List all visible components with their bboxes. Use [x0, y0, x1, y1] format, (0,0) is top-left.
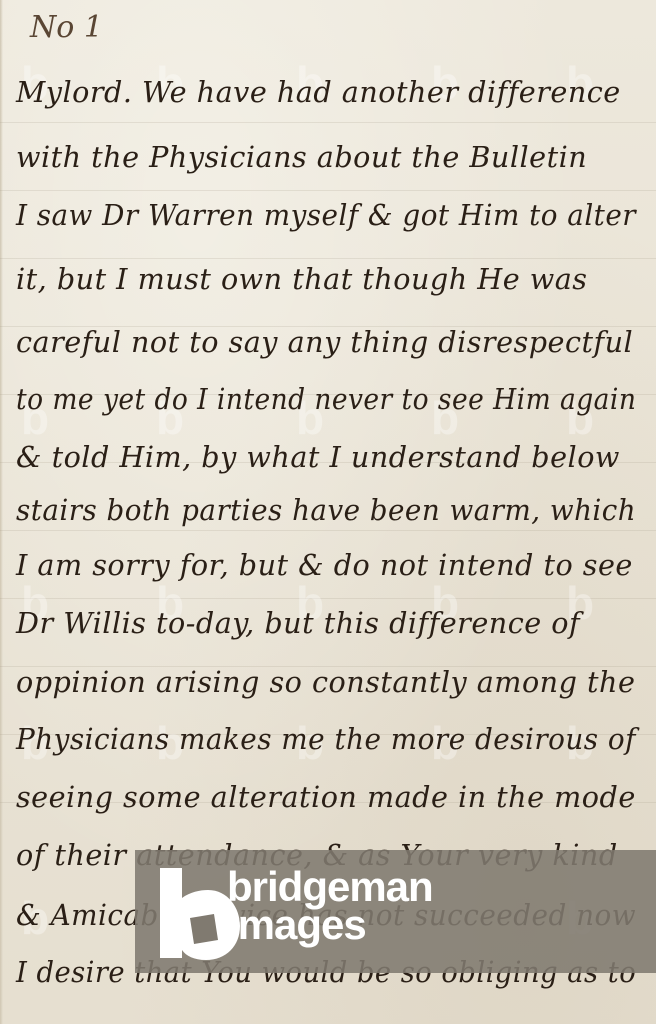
- manuscript-page: b b b b b b b b b b b b b b b b b b b b …: [0, 0, 656, 1024]
- manuscript-line: with the Physicians about the Bulletin: [16, 140, 636, 174]
- manuscript-line: stairs both parties have been warm, whic…: [16, 493, 617, 527]
- manuscript-line: Physicians makes me the more desirous of: [16, 722, 619, 756]
- brand-line-2: images: [227, 906, 433, 944]
- manuscript-line: it, but I must own that though He was: [16, 262, 636, 296]
- manuscript-line: Dr Willis to-day, but this difference of: [16, 606, 636, 640]
- paper-ruling: [0, 122, 656, 123]
- manuscript-line: & told Him, by what I understand below: [16, 440, 636, 474]
- brand-wordmark: bridgeman images: [227, 868, 433, 944]
- manuscript-line: seeing some alteration made in the mode: [16, 780, 636, 814]
- manuscript-line: oppinion arising so constantly among the: [16, 665, 636, 699]
- paper-ruling: [0, 530, 656, 531]
- letter-number-heading: No 1: [30, 10, 103, 45]
- manuscript-line: I saw Dr Warren myself & got Him to alte…: [16, 198, 618, 232]
- manuscript-line: to me yet do I intend never to see Him a…: [16, 382, 589, 416]
- page-edge: [0, 0, 3, 1024]
- manuscript-line: careful not to say any thing disrespectf…: [16, 325, 636, 359]
- paper-ruling: [0, 258, 656, 259]
- watermark-banner: bridgeman images: [135, 850, 656, 973]
- manuscript-line: I am sorry for, but & do not intend to s…: [16, 548, 636, 582]
- paper-ruling: [0, 190, 656, 191]
- manuscript-line: Mylord. We have had another difference: [16, 75, 636, 109]
